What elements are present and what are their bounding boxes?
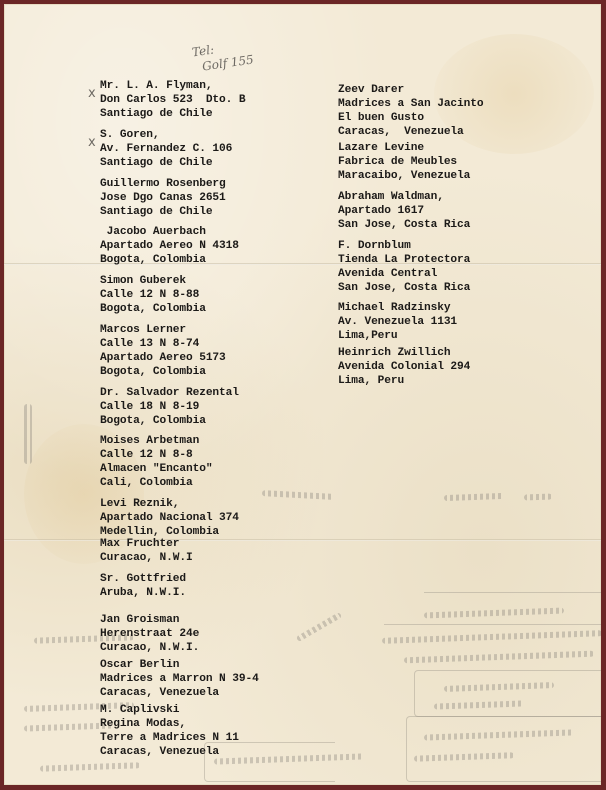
address-line: Santiago de Chile bbox=[100, 157, 232, 171]
address-line: Calle 13 N 8-74 bbox=[100, 338, 226, 352]
address-line: Av. Venezuela 1131 bbox=[338, 316, 457, 330]
address-line: Curacao, N.W.I. bbox=[100, 642, 199, 656]
bleed-through-marking bbox=[404, 651, 594, 664]
address-line: Herenstraat 24e bbox=[100, 628, 199, 642]
address-line: Apartado Aereo 5173 bbox=[100, 352, 226, 366]
address-entry: Jacobo AuerbachApartado Aereo N 4318Bogo… bbox=[100, 226, 239, 268]
address-line: Bogota, Colombia bbox=[100, 303, 206, 317]
address-name: Guillermo Rosenberg bbox=[100, 178, 226, 192]
address-entry: Levi Reznik,Apartado Nacional 374Medelli… bbox=[100, 498, 239, 540]
address-line: Caracas, Venezuela bbox=[100, 746, 239, 760]
bleed-through-marking bbox=[262, 490, 334, 500]
address-entry: Moises ArbetmanCalle 12 N 8-8Almacen "En… bbox=[100, 435, 212, 491]
address-entry: Dr. Salvador RezentalCalle 18 N 8-19Bogo… bbox=[100, 387, 239, 429]
address-name: Jacobo Auerbach bbox=[100, 226, 239, 240]
address-entry: Jan GroismanHerenstraat 24eCuracao, N.W.… bbox=[100, 614, 199, 656]
address-entry: F. DornblumTienda La ProtectoraAvenida C… bbox=[338, 240, 470, 296]
address-name: Jan Groisman bbox=[100, 614, 199, 628]
address-name: F. Dornblum bbox=[338, 240, 470, 254]
address-entry: Lazare LevineFabrica de MeublesMaracaibo… bbox=[338, 142, 470, 184]
address-line: Bogota, Colombia bbox=[100, 415, 239, 429]
address-line: Lima, Peru bbox=[338, 375, 470, 389]
address-name: Moises Arbetman bbox=[100, 435, 212, 449]
address-line: Lima,Peru bbox=[338, 330, 457, 344]
address-line: Fabrica de Meubles bbox=[338, 156, 470, 170]
address-line: Bogota, Colombia bbox=[100, 366, 226, 380]
address-line: Apartado Nacional 374 bbox=[100, 512, 239, 526]
address-line: Santiago de Chile bbox=[100, 108, 246, 122]
address-line: Madrices a San Jacinto bbox=[338, 98, 484, 112]
address-entry: Marcos LernerCalle 13 N 8-74Apartado Aer… bbox=[100, 324, 226, 380]
address-name: Heinrich Zwillich bbox=[338, 347, 470, 361]
address-name: Sr. Gottfried bbox=[100, 573, 186, 587]
address-name: S. Goren, bbox=[100, 129, 232, 143]
address-line: Cali, Colombia bbox=[100, 477, 212, 491]
address-entry: Mr. L. A. Flyman,Don Carlos 523 Dto. BSa… bbox=[100, 80, 246, 122]
address-line: Calle 12 N 8-88 bbox=[100, 289, 206, 303]
address-line: Terre a Madrices N 11 bbox=[100, 732, 239, 746]
address-line: Almacen "Encanto" bbox=[100, 463, 212, 477]
address-line: El buen Gusto bbox=[338, 112, 484, 126]
address-entry: Oscar BerlinMadrices a Marron N 39-4Cara… bbox=[100, 659, 259, 701]
address-name: Simon Guberek bbox=[100, 275, 206, 289]
bleed-through-marking bbox=[296, 612, 342, 642]
address-line: Bogota, Colombia bbox=[100, 254, 239, 268]
address-entry: Guillermo RosenbergJose Dgo Canas 2651Sa… bbox=[100, 178, 226, 220]
address-line: Tienda La Protectora bbox=[338, 254, 470, 268]
bleed-through-marking bbox=[24, 404, 32, 464]
paper-sheet: Tel: Golf 155 x x Mr. L. A. Flyman,Don C… bbox=[4, 4, 601, 785]
address-name: Michael Radzinsky bbox=[338, 302, 457, 316]
address-entry: Abraham Waldman,Apartado 1617San Jose, C… bbox=[338, 191, 470, 233]
address-name: Mr. L. A. Flyman, bbox=[100, 80, 246, 94]
address-name: Levi Reznik, bbox=[100, 498, 239, 512]
address-entry: Michael RadzinskyAv. Venezuela 1131Lima,… bbox=[338, 302, 457, 344]
address-entry: Zeev DarerMadrices a San JacintoEl buen … bbox=[338, 84, 484, 140]
fold-line bbox=[4, 263, 601, 265]
address-line: San Jose, Costa Rica bbox=[338, 219, 470, 233]
address-entry: Sr. GottfriedAruba, N.W.I. bbox=[100, 573, 186, 601]
address-line: Av. Fernandez C. 106 bbox=[100, 143, 232, 157]
address-line: Avenida Central bbox=[338, 268, 470, 282]
handwritten-tel-label: Tel: bbox=[191, 43, 215, 60]
address-name: Zeev Darer bbox=[338, 84, 484, 98]
address-entry: Simon GuberekCalle 12 N 8-88Bogota, Colo… bbox=[100, 275, 206, 317]
bleed-through-line bbox=[424, 592, 601, 593]
address-line: Apartado Aereo N 4318 bbox=[100, 240, 239, 254]
address-name: Max Fruchter bbox=[100, 538, 193, 552]
address-name: Oscar Berlin bbox=[100, 659, 259, 673]
check-mark-x: x bbox=[88, 86, 96, 101]
address-line: Curacao, N.W.I bbox=[100, 552, 193, 566]
address-line: Regina Modas, bbox=[100, 718, 239, 732]
address-line: Apartado 1617 bbox=[338, 205, 470, 219]
address-line: Madrices a Marron N 39-4 bbox=[100, 673, 259, 687]
address-name: Marcos Lerner bbox=[100, 324, 226, 338]
address-line: Aruba, N.W.I. bbox=[100, 587, 186, 601]
address-name: Dr. Salvador Rezental bbox=[100, 387, 239, 401]
address-line: Jose Dgo Canas 2651 bbox=[100, 192, 226, 206]
bleed-through-marking bbox=[444, 493, 504, 501]
address-line: Don Carlos 523 Dto. B bbox=[100, 94, 246, 108]
address-line: Calle 12 N 8-8 bbox=[100, 449, 212, 463]
bleed-through-box bbox=[414, 670, 601, 717]
address-entry: Max FruchterCuracao, N.W.I bbox=[100, 538, 193, 566]
fold-line bbox=[4, 539, 601, 541]
address-entry: M. CaplivskiRegina Modas,Terre a Madrice… bbox=[100, 704, 239, 760]
address-line: San Jose, Costa Rica bbox=[338, 282, 470, 296]
address-name: Lazare Levine bbox=[338, 142, 470, 156]
address-name: Abraham Waldman, bbox=[338, 191, 470, 205]
bleed-through-marking bbox=[424, 608, 564, 619]
address-line: Avenida Colonial 294 bbox=[338, 361, 470, 375]
bleed-through-marking bbox=[40, 762, 140, 771]
address-line: Caracas, Venezuela bbox=[338, 126, 484, 140]
address-name: M. Caplivski bbox=[100, 704, 239, 718]
address-line: Caracas, Venezuela bbox=[100, 687, 259, 701]
check-mark-x: x bbox=[88, 135, 96, 150]
bleed-through-box bbox=[406, 716, 601, 782]
bleed-through-marking bbox=[524, 494, 552, 501]
bleed-through-marking bbox=[382, 630, 601, 644]
address-line: Calle 18 N 8-19 bbox=[100, 401, 239, 415]
address-entry: S. Goren,Av. Fernandez C. 106Santiago de… bbox=[100, 129, 232, 171]
bleed-through-line bbox=[384, 624, 601, 625]
address-entry: Heinrich ZwillichAvenida Colonial 294Lim… bbox=[338, 347, 470, 389]
address-line: Maracaibo, Venezuela bbox=[338, 170, 470, 184]
address-line: Santiago de Chile bbox=[100, 206, 226, 220]
